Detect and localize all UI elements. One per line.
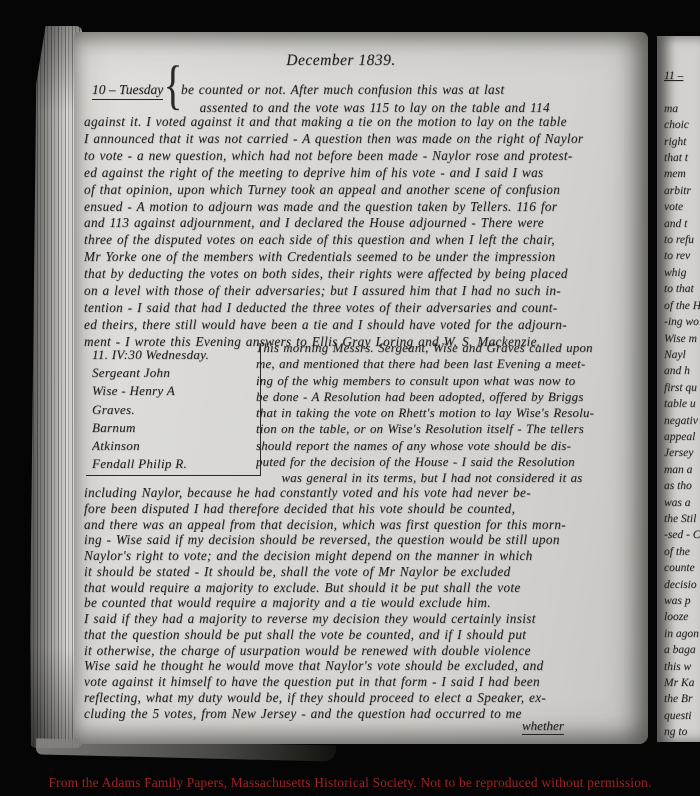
manuscript-line: me, and mentioned that there had been la… bbox=[256, 356, 648, 372]
manuscript-line: and 113 against adjournment, and I decla… bbox=[84, 215, 646, 232]
manuscript-line: be counted that would require a majority… bbox=[84, 595, 648, 611]
manuscript-line: vote bbox=[664, 199, 700, 215]
facing-page-fragments: 11 – machoicrightthat tmemarbitrvoteand … bbox=[657, 36, 700, 742]
manuscript-line: Wise - Henry A bbox=[92, 382, 256, 400]
manuscript-line: -sed - C bbox=[664, 527, 700, 543]
manuscript-line: questi bbox=[664, 708, 700, 724]
manuscript-line: Atkinson bbox=[92, 437, 256, 455]
manuscript-line: -ing wo bbox=[664, 314, 700, 330]
manuscript-line: in agon bbox=[664, 626, 700, 642]
manuscript-line bbox=[664, 84, 700, 100]
manuscript-line: counte bbox=[664, 560, 700, 576]
manuscript-photo: December 1839. 10 – Tuesday { be counted… bbox=[0, 0, 700, 796]
manuscript-line: ma bbox=[664, 101, 700, 117]
manuscript-line: ing - Wise said if my decision should be… bbox=[84, 532, 648, 548]
manuscript-line: the Br bbox=[664, 691, 700, 707]
manuscript-line: be counted or not. After much confusion … bbox=[181, 81, 550, 99]
manuscript-line: should report the names of any whose vot… bbox=[256, 438, 648, 454]
tuesday-day-label: 10 – Tuesday bbox=[92, 82, 163, 100]
manuscript-line: tention - I said that had I deducted the… bbox=[84, 300, 646, 317]
manuscript-line: 11 – bbox=[664, 68, 700, 84]
page-title-date: December 1839. bbox=[74, 52, 608, 70]
manuscript-line: Graves. bbox=[92, 401, 256, 419]
manuscript-line: and h bbox=[664, 363, 700, 379]
manuscript-line: Chair bbox=[664, 741, 700, 742]
manuscript-line: Sergeant John bbox=[92, 364, 256, 382]
manuscript-line: Wise said he thought he would move that … bbox=[84, 658, 648, 674]
manuscript-line: of the bbox=[664, 544, 700, 560]
manuscript-line: to rev bbox=[664, 248, 700, 264]
manuscript-line: that in taking the vote on Rhett's motio… bbox=[256, 405, 648, 421]
manuscript-line: ensued - A motion to adjourn was made an… bbox=[84, 199, 646, 216]
manuscript-line: looze bbox=[664, 609, 700, 625]
manuscript-line: Jersey bbox=[664, 445, 700, 461]
manuscript-line: that by deducting the votes on both side… bbox=[84, 266, 646, 283]
tuesday-lead-lines: be counted or not. After much confusion … bbox=[181, 81, 550, 116]
manuscript-line: that would require a majority to exclude… bbox=[84, 580, 648, 596]
manuscript-line: this w bbox=[664, 659, 700, 675]
manuscript-line: that t bbox=[664, 150, 700, 166]
brace-mark-icon: { bbox=[164, 58, 183, 112]
catchword-whether: whether bbox=[522, 718, 564, 735]
manuscript-line: I said if they had a majority to reverse… bbox=[84, 611, 648, 627]
manuscript-line: Barnum bbox=[92, 419, 256, 437]
manuscript-line: ed theirs, there still would have been a… bbox=[84, 317, 646, 334]
manuscript-line: reflecting, what my duty would be, if th… bbox=[84, 690, 648, 706]
manuscript-line: including Naylor, because he had constan… bbox=[84, 485, 648, 501]
manuscript-line: choic bbox=[664, 117, 700, 133]
manuscript-line: of the H bbox=[664, 298, 700, 314]
tuesday-entry-body: against it. I voted against it and that … bbox=[84, 114, 646, 351]
manuscript-line: man a bbox=[664, 462, 700, 478]
manuscript-line: ing of the whig members to consult upon … bbox=[256, 373, 648, 389]
manuscript-line: Fendall Philip R. bbox=[92, 455, 256, 473]
manuscript-line: Mr Ka bbox=[664, 675, 700, 691]
photo-caption: From the Adams Family Papers, Massachuse… bbox=[0, 775, 700, 791]
manuscript-line: decisio bbox=[664, 577, 700, 593]
manuscript-line: whig bbox=[664, 265, 700, 281]
manuscript-line: tion on the table, or on Wise's Resoluti… bbox=[256, 421, 648, 437]
manuscript-line: puted for the decision of the House - I … bbox=[256, 454, 648, 470]
manuscript-line: of that opinion, upon which Turney took … bbox=[84, 182, 646, 199]
manuscript-line: table u bbox=[664, 396, 700, 412]
manuscript-line: to vote - a new question, which had not … bbox=[84, 148, 646, 165]
manuscript-line: This morning Messrs. Sergeant, Wise and … bbox=[256, 340, 648, 356]
manuscript-line: to that bbox=[664, 281, 700, 297]
manuscript-line: as tho bbox=[664, 478, 700, 494]
diary-page: December 1839. 10 – Tuesday { be counted… bbox=[74, 32, 648, 744]
wednesday-entry-column: This morning Messrs. Sergeant, Wise and … bbox=[256, 340, 648, 487]
manuscript-line: mem bbox=[664, 166, 700, 182]
manuscript-line: vote against it himself to have the ques… bbox=[84, 674, 648, 690]
manuscript-line: it otherwise, the charge of usurpation w… bbox=[84, 643, 648, 659]
manuscript-line: appeal bbox=[664, 429, 700, 445]
manuscript-line: arbitr bbox=[664, 183, 700, 199]
manuscript-line: against it. I voted against it and that … bbox=[84, 114, 646, 131]
manuscript-line: and there was an appeal from that decisi… bbox=[84, 517, 648, 533]
manuscript-line: Wise m bbox=[664, 331, 700, 347]
manuscript-line: be done - A Resolution had been adopted,… bbox=[256, 389, 648, 405]
manuscript-line: the Stil bbox=[664, 511, 700, 527]
manuscript-line: ed against the right of the meeting to d… bbox=[84, 165, 646, 182]
wednesday-entry-body: including Naylor, because he had constan… bbox=[84, 485, 648, 721]
manuscript-line: 11. IV:30 Wednesday. bbox=[92, 346, 256, 364]
manuscript-line: on a level with those of their adversari… bbox=[84, 283, 646, 300]
manuscript-line: was a bbox=[664, 495, 700, 511]
manuscript-line: three of the disputed votes on each side… bbox=[84, 232, 646, 249]
manuscript-line: and t bbox=[664, 216, 700, 232]
manuscript-line: right bbox=[664, 134, 700, 150]
facing-page-sliver: 11 – machoicrightthat tmemarbitrvoteand … bbox=[657, 36, 700, 742]
manuscript-line: first qu bbox=[664, 380, 700, 396]
manuscript-line: I announced that it was not carried - A … bbox=[84, 131, 646, 148]
manuscript-line: that the question should be put shall th… bbox=[84, 627, 648, 643]
wednesday-margin-names: 11. IV:30 Wednesday.Sergeant JohnWise - … bbox=[86, 344, 261, 476]
manuscript-line: Naylor's right to vote; and the decision… bbox=[84, 548, 648, 564]
manuscript-line: it should be stated - It should be, shal… bbox=[84, 564, 648, 580]
manuscript-line: Nayl bbox=[664, 347, 700, 363]
manuscript-line: to refu bbox=[664, 232, 700, 248]
manuscript-line: Mr Yorke one of the members with Credent… bbox=[84, 249, 646, 266]
manuscript-line: negativ bbox=[664, 413, 700, 429]
manuscript-line: ng to bbox=[664, 724, 700, 740]
manuscript-line: a baga bbox=[664, 642, 700, 658]
manuscript-line: fore been disputed I had therefore decid… bbox=[84, 501, 648, 517]
manuscript-line: was p bbox=[664, 593, 700, 609]
